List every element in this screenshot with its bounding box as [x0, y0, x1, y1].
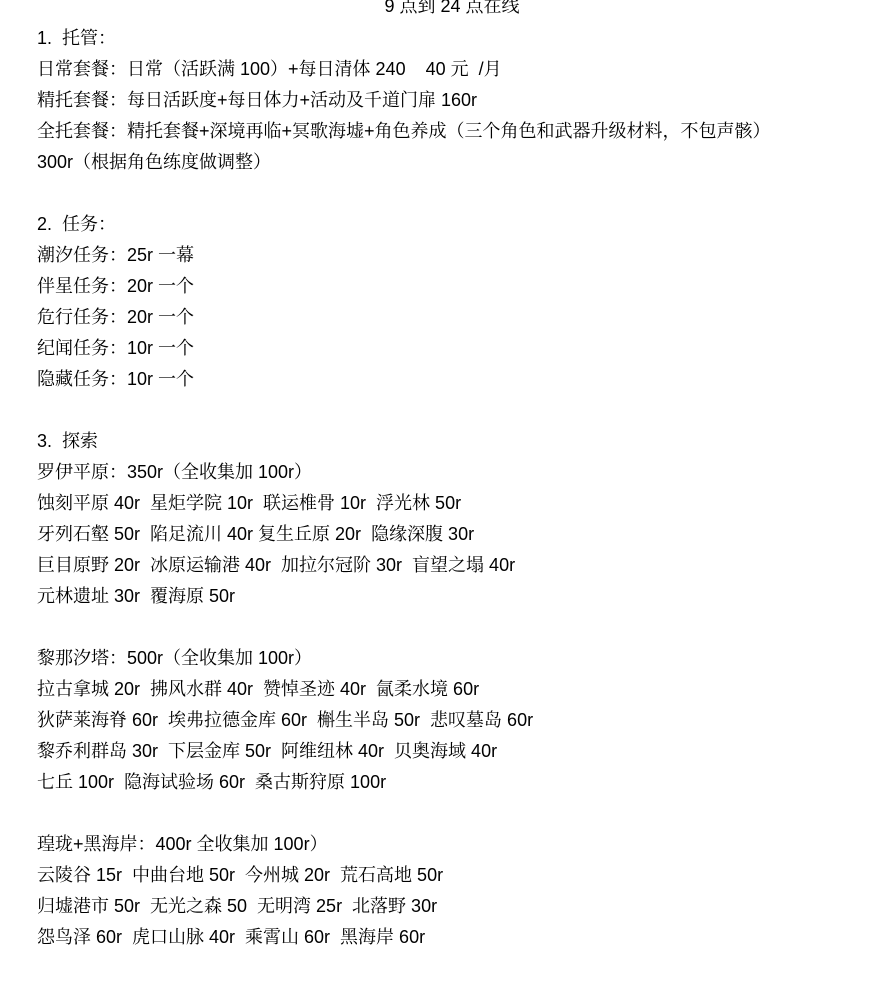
hosting-daily-package: 日常套餐：日常（活跃满 100）+每日清体 240 40 元 /月: [37, 54, 882, 85]
region-area-prices: 七丘 100r 隐海试验场 60r 桑古斯狩原 100r: [37, 767, 882, 798]
region-area-prices: 拉古拿城 20r 拂风水群 40r 赞悼圣迹 40r 氤柔水境 60r: [37, 674, 882, 705]
blank-line: [37, 612, 882, 643]
task-price-line: 危行任务：20r 一个: [37, 302, 882, 333]
region-area-prices: 巨目原野 20r 冰原运输港 40r 加拉尔冠阶 30r 盲望之塌 40r: [37, 550, 882, 581]
region-area-prices: 元林遗址 30r 覆海原 50r: [37, 581, 882, 612]
online-hours-title: 9 点到 24 点在线: [0, 0, 882, 18]
section-heading-explore: 3. 探索: [37, 426, 882, 457]
region-area-prices: 牙列石壑 50r 陷足流川 40r 复生丘原 20r 隐缘深腹 30r: [37, 519, 882, 550]
task-price-line: 伴星任务：20r 一个: [37, 271, 882, 302]
region-summary: 罗伊平原：350r（全收集加 100r）: [37, 457, 882, 488]
section-heading-tasks: 2. 任务：: [37, 209, 882, 240]
region-area-prices: 怨鸟泽 60r 虎口山脉 40r 乘霄山 60r 黑海岸 60r: [37, 922, 882, 953]
region-area-prices: 云陵谷 15r 中曲台地 50r 今州城 20r 荒石高地 50r: [37, 860, 882, 891]
document-body: 1. 托管： 日常套餐：日常（活跃满 100）+每日清体 240 40 元 /月…: [37, 23, 882, 953]
region-summary: 黎那汐塔：500r（全收集加 100r）: [37, 643, 882, 674]
section-heading-hosting: 1. 托管：: [37, 23, 882, 54]
task-price-line: 潮汐任务：25r 一幕: [37, 240, 882, 271]
hosting-full-package: 全托套餐：精托套餐+深境再临+冥歌海墟+角色养成（三个角色和武器升级材料，不包声…: [37, 116, 882, 147]
region-area-prices: 归墟港市 50r 无光之森 50 无明湾 25r 北落野 30r: [37, 891, 882, 922]
region-area-prices: 狄萨莱海脊 60r 埃弗拉德金库 60r 槲生半岛 50r 悲叹墓岛 60r: [37, 705, 882, 736]
hosting-full-package-price: 300r（根据角色练度做调整）: [37, 147, 882, 178]
task-price-line: 隐藏任务：10r 一个: [37, 364, 882, 395]
region-summary: 瑝珑+黑海岸：400r 全收集加 100r）: [37, 829, 882, 860]
blank-line: [37, 178, 882, 209]
hosting-premium-package: 精托套餐：每日活跃度+每日体力+活动及千道门扉 160r: [37, 85, 882, 116]
blank-line: [37, 395, 882, 426]
blank-line: [37, 798, 882, 829]
task-price-line: 纪闻任务：10r 一个: [37, 333, 882, 364]
region-area-prices: 蚀刻平原 40r 星炬学院 10r 联运椎骨 10r 浮光林 50r: [37, 488, 882, 519]
region-area-prices: 黎乔利群岛 30r 下层金库 50r 阿维纽林 40r 贝奥海域 40r: [37, 736, 882, 767]
